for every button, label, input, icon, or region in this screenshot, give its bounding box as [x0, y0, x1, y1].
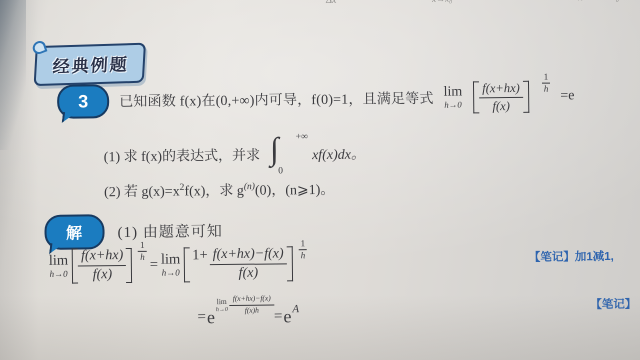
top-fragment: Δx — [326, 0, 336, 6]
problem-part1: (1) 求 f(x)的表达式，并求 ∫ +∞ 0 xf(x)dx。 — [104, 133, 366, 178]
part1-integrand: xf(x)dx。 — [312, 144, 365, 165]
bracketed-fraction: f(x+hx) f(x) — [72, 248, 132, 284]
solution-badge-label: 解 — [66, 220, 83, 243]
solution-formula-line2: = e lim h→0 f(x+hx)−f(x) f(x)h = e A — [197, 306, 299, 328]
right-bracket — [287, 246, 293, 281]
badge-tail — [62, 112, 75, 124]
solution-badge: 解 — [44, 214, 104, 250]
part2-text: (2) 若 g(x)=x — [104, 184, 180, 200]
exponent-limit-expression: lim h→0 f(x+hx)−f(x) f(x)h — [216, 295, 274, 316]
solution-formula-line1: lim h→0 f(x+hx) f(x) 1 h = lim h→0 — [49, 246, 308, 284]
part1-text: (1) 求 f(x)的表达式，并求 — [104, 145, 261, 167]
margin-note-2: 【笔记】 — [590, 296, 636, 312]
corner-curl-icon — [31, 39, 47, 56]
right-bracket — [126, 248, 132, 283]
exponent-fraction: 1 h — [138, 241, 147, 262]
page-content: Δx x→x₀ x x₀ 经典例题 3 已知函数 f(x)在(0,+∞)内可导，… — [0, 0, 640, 360]
exponent-fraction: 1 h — [298, 239, 307, 260]
textbook-photo: Δx x→x₀ x x₀ 经典例题 3 已知函数 f(x)在(0,+∞)内可导，… — [0, 0, 640, 360]
part2-text: (0)，(n⩾1)。 — [255, 183, 335, 199]
limit-operator: lim h→0 — [216, 298, 228, 313]
exponent-A: A — [292, 303, 299, 315]
fraction: f(x+hx)−f(x) f(x)h — [230, 295, 274, 316]
fraction: f(x+hx) f(x) — [479, 81, 523, 113]
section-badge-label: 经典例题 — [52, 55, 129, 76]
problem-rhs: =e — [560, 88, 574, 104]
problem-number-badge: 3 — [57, 84, 109, 119]
left-bracket — [184, 247, 190, 282]
equals-sign: = — [197, 309, 206, 326]
section-badge: 经典例题 — [34, 43, 146, 86]
equals-sign: = — [150, 257, 158, 274]
solution-intro: (1) 由题意可知 — [117, 220, 222, 242]
problem-number: 3 — [78, 91, 88, 112]
limit-operator: lim h→0 — [443, 86, 462, 110]
problem-part2: (2) 若 g(x)=x2f(x)，求 g(n)(0)，(n⩾1)。 — [104, 179, 334, 201]
fraction: f(x+hx)−f(x) f(x) — [210, 246, 287, 282]
euler-e: e — [207, 307, 215, 328]
euler-e: e — [283, 306, 291, 327]
one-plus: 1+ — [192, 247, 208, 282]
problem-intro-text: 已知函数 f(x)在(0,+∞)内可导，f(0)=1，且满足等式 — [119, 88, 434, 111]
integral-symbol: ∫ +∞ 0 — [264, 133, 308, 175]
limit-operator: lim h→0 — [49, 254, 69, 279]
top-fragment: x→x₀ — [432, 0, 452, 4]
problem-statement: 3 已知函数 f(x)在(0,+∞)内可导，f(0)=1，且满足等式 lim h… — [57, 79, 640, 119]
superscript-n: (n) — [244, 182, 255, 192]
top-fragment: x₀ — [611, 0, 619, 3]
bracketed-fraction: f(x+hx) f(x) — [473, 81, 529, 113]
part2-text: f(x)，求 g — [184, 184, 244, 200]
equals-sign: = — [274, 308, 283, 325]
limit-operator: lim h→0 — [161, 253, 181, 278]
right-bracket — [523, 81, 529, 113]
solution-header: 解 (1) 由题意可知 — [44, 213, 223, 250]
bracketed-expression: 1+ f(x+hx)−f(x) f(x) — [184, 246, 293, 282]
top-fragment: x — [578, 0, 583, 3]
fraction: f(x+hx) f(x) — [78, 248, 126, 284]
exponent-fraction: 1 h — [542, 72, 551, 93]
margin-note-1: 【笔记】加1减1, — [529, 248, 614, 265]
